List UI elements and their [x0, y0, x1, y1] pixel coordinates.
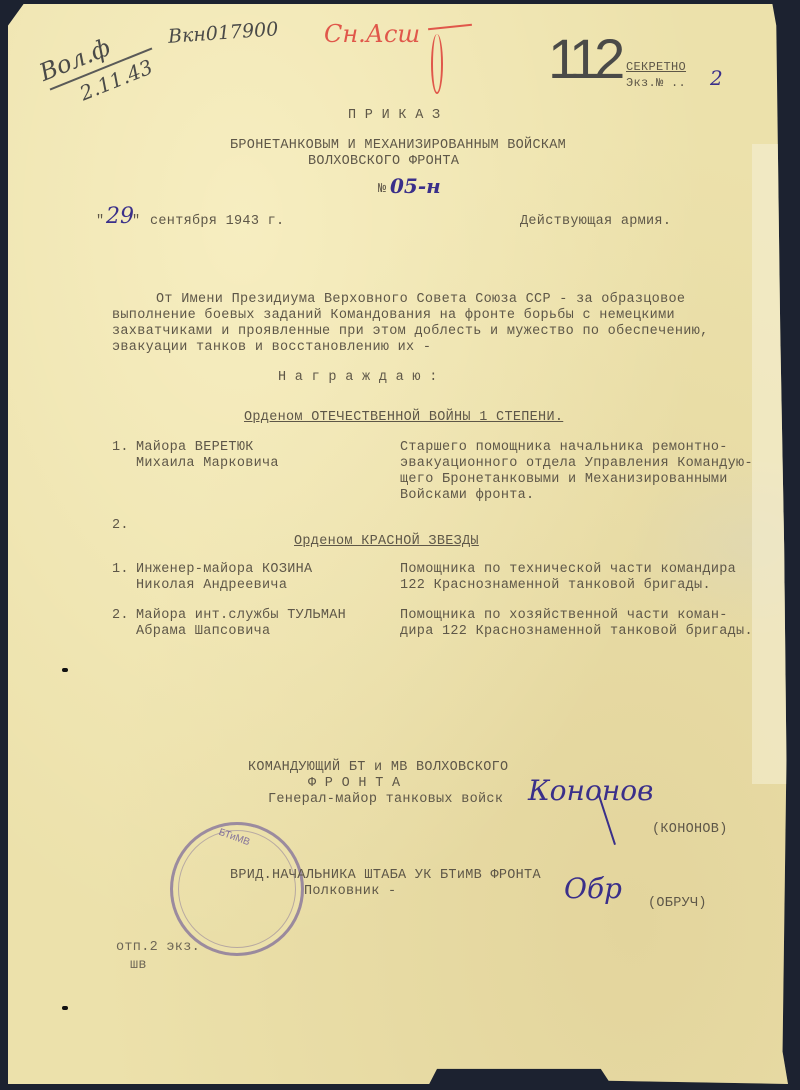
document-title: П Р И К А З: [348, 108, 440, 123]
commander-title: КОМАНДУЮЩИЙ БТ и МВ ВОЛХОВСКОГО: [248, 760, 508, 775]
secrecy-label: СЕКРЕТНО: [626, 60, 686, 74]
recipient-name: Абрама Шапсовича: [136, 624, 270, 639]
header-line-2: ВОЛХОВСКОГО ФРОНТА: [308, 154, 459, 169]
recipient-position: дира 122 Краснознаменной танковой бригад…: [400, 624, 753, 639]
date-day: 29: [106, 204, 134, 229]
chief-title: ВРИД.НАЧАЛЬНИКА ШТАБА УК БТиМВ ФРОНТА: [230, 868, 541, 883]
recipient-position: Старшего помощника начальника ремонтно-: [400, 440, 728, 455]
archive-code: Вкн017900: [167, 18, 279, 48]
commander-signature: Кононов: [528, 774, 653, 807]
commander-name: (КОНОНОВ): [652, 822, 728, 837]
chief-name: (ОБРУЧ): [648, 896, 707, 911]
document-page: Вол.ф 2.11.43 Вкн017900 Сн.Асш 112 СЕКРЕ…: [8, 4, 788, 1084]
recipient-position: Помощника по технической части командира: [400, 562, 736, 577]
date-rest: сентября 1943 г.: [150, 214, 284, 229]
date-quote-open: ": [96, 214, 104, 229]
recipient-position: щего Бронетанковыми и Механизированными: [400, 472, 728, 487]
commander-title-2: Ф Р О Н Т А: [308, 776, 400, 791]
order-number: 05-н: [390, 174, 441, 198]
recipient-number: 2.: [112, 518, 129, 533]
date-quote-close: ": [132, 214, 140, 229]
order-number-prefix: №: [378, 182, 386, 197]
award-verb: Н а г р а ж д а ю :: [278, 370, 438, 385]
red-signature: Сн.Асш: [324, 20, 420, 48]
recipient-name: Инженер-майора КОЗИНА: [136, 562, 312, 577]
recipient-number: 2.: [112, 608, 129, 623]
recipient-name: Майора инт.службы ТУЛЬМАН: [136, 608, 346, 623]
preamble-line: выполнение боевых заданий Командования н…: [112, 308, 675, 323]
location: Действующая армия.: [520, 214, 671, 229]
preamble-line: От Имени Президиума Верховного Совета Со…: [156, 292, 685, 307]
red-signature-stroke: [428, 24, 472, 31]
recipient-position: 122 Краснознаменной танковой бригады.: [400, 578, 711, 593]
chief-rank: Полковник -: [304, 884, 396, 899]
red-signature-loop: [431, 34, 443, 94]
commander-rank: Генерал-майор танковых войск: [268, 792, 503, 807]
order-heading: Орденом ОТЕЧЕСТВЕННОЙ ВОЙНЫ 1 СТЕПЕНИ.: [244, 410, 563, 425]
preamble-line: эвакуации танков и восстановлению их -: [112, 340, 431, 355]
ink-speck: [62, 1006, 68, 1010]
recipient-position: Помощника по хозяйственной части коман-: [400, 608, 728, 623]
copy-number: 2: [710, 66, 723, 90]
preamble-line: захватчиками и проявленные при этом добл…: [112, 324, 709, 339]
recipient-name: Михаила Марковича: [136, 456, 279, 471]
recipient-position: Войсками фронта.: [400, 488, 534, 503]
ink-speck: [62, 668, 68, 672]
chief-signature: Обр: [564, 872, 622, 905]
header-line-1: БРОНЕТАНКОВЫМ И МЕХАНИЗИРОВАННЫМ ВОЙСКАМ: [230, 138, 566, 153]
recipient-name: Николая Андреевича: [136, 578, 287, 593]
paper-fold: [752, 144, 788, 784]
recipient-number: 1.: [112, 562, 129, 577]
order-heading: Орденом КРАСНОЙ ЗВЕЗДЫ: [294, 534, 479, 549]
typist-initials: шв: [130, 958, 147, 973]
pencil-number: 112: [548, 26, 619, 91]
recipient-name: Майора ВЕРЕТЮК: [136, 440, 254, 455]
copy-label: Экз.№ ..: [626, 76, 686, 90]
copies-note: отп.2 экз.: [116, 940, 200, 955]
recipient-number: 1.: [112, 440, 129, 455]
recipient-position: эвакуационного отдела Управления Команду…: [400, 456, 753, 471]
